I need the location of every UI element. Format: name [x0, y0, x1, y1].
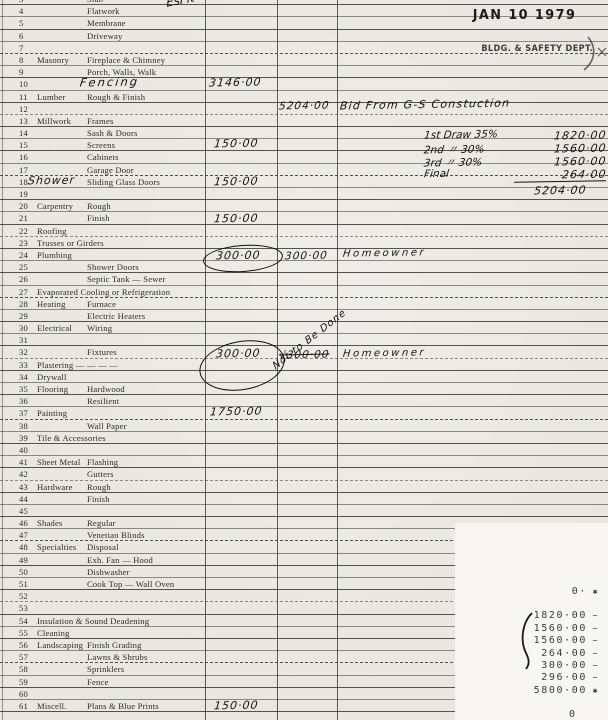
- row-category: Insulation & Sound Deadening: [37, 616, 149, 626]
- row-description: Sliding Glass Doors: [87, 177, 160, 187]
- row-description: Dishwasher: [87, 567, 130, 577]
- row-number: 45: [19, 506, 28, 516]
- table-row: 44 Finish: [0, 493, 608, 505]
- row-category: Landscaping: [37, 640, 83, 650]
- draw-amount: 1560·00: [553, 142, 607, 156]
- tape-operator-mark: −: [587, 649, 603, 658]
- amount-column-rule-3: [337, 0, 338, 720]
- row-category: Heating: [37, 299, 66, 309]
- row-number: 61: [19, 701, 28, 711]
- table-row: 20 Carpentry Rough: [0, 200, 608, 212]
- tape-line: 264·00 −: [455, 647, 605, 659]
- row-description: Frames: [87, 116, 114, 126]
- table-row: 45: [0, 505, 608, 517]
- row-number: 14: [19, 128, 28, 138]
- row-description: Hardwood: [87, 384, 125, 394]
- row-category: Roofing: [37, 226, 67, 236]
- tape-operator-mark: −: [587, 611, 603, 620]
- table-row: 8 Masonry Fireplace & Chimney: [0, 54, 608, 66]
- row-number: 47: [19, 530, 28, 540]
- row-description: Fixtures: [87, 347, 117, 357]
- tape-line: 1560·00 −: [455, 622, 605, 634]
- row-number: 30: [19, 323, 28, 333]
- row-number: 29: [19, 311, 28, 321]
- row-description: Sash & Doors: [87, 128, 138, 138]
- tape-line: 5800·00 ✱: [455, 684, 605, 696]
- row-number: 57: [19, 652, 28, 662]
- fencing-amount: 3146·00: [208, 76, 262, 90]
- row-number: 5: [19, 18, 24, 28]
- row-number: 59: [19, 677, 28, 687]
- row-number: 22: [19, 226, 28, 236]
- fixtures-homeowner-note: Homeowner: [342, 347, 426, 359]
- row-category: Drywall: [37, 372, 67, 382]
- tape-line: [455, 597, 605, 609]
- handwritten-fencing-label: Fencing: [79, 74, 140, 89]
- draw-amount: 1820·00: [553, 129, 607, 143]
- row-number: 28: [19, 299, 28, 309]
- row-description: Flatwork: [87, 6, 120, 16]
- tape-value: 296·00: [455, 672, 587, 683]
- row-category: Shades: [37, 518, 63, 528]
- row-category: Plumbing: [37, 250, 72, 260]
- row-number: 17: [19, 165, 28, 175]
- row-number: 41: [19, 457, 28, 467]
- fixtures-amount: 300·00: [215, 347, 261, 361]
- row-description: Furnace: [87, 299, 116, 309]
- row-description: Rough & Finish: [87, 92, 145, 102]
- draw-schedule-line: 1st Draw 35% 1820·00: [424, 129, 606, 142]
- tape-value: 5800·00: [455, 685, 587, 696]
- row-number: 48: [19, 542, 28, 552]
- row-description: Slab: [87, 0, 103, 4]
- row-category: Flooring: [37, 384, 68, 394]
- row-description: Screens: [87, 140, 115, 150]
- painting-amount: 1750·00: [209, 405, 263, 419]
- row-number: 43: [19, 482, 28, 492]
- row-description: Venetian Blinds: [87, 530, 145, 540]
- table-row: 42 Gutters: [0, 468, 608, 480]
- row-description: Shower Doors: [87, 262, 139, 272]
- row-number: 3: [19, 0, 24, 4]
- row-number: 44: [19, 494, 28, 504]
- tape-value: 1560·00: [455, 635, 587, 646]
- table-row: 6 Driveway: [0, 30, 608, 42]
- table-row: 37 Painting: [0, 407, 608, 419]
- row-category: Miscell.: [37, 701, 67, 711]
- tape-value: 264·00: [455, 648, 587, 659]
- row-description: Finish: [87, 213, 110, 223]
- tape-operator-mark: −: [587, 636, 603, 645]
- tape-operator-mark: ✱: [587, 587, 603, 596]
- row-description: Resilient: [87, 396, 119, 406]
- row-category: Carpentry: [37, 201, 73, 211]
- row-number: 19: [19, 189, 28, 199]
- row-number: 52: [19, 591, 28, 601]
- row-description: Flashing: [87, 457, 118, 467]
- row-number: 12: [19, 104, 28, 114]
- left-margin-rule: [2, 0, 3, 720]
- draw-schedule-line: Final 264·00: [424, 168, 606, 181]
- row-number: 53: [19, 603, 28, 613]
- table-row: 35 Flooring Hardwood: [0, 383, 608, 395]
- row-number: 46: [19, 518, 28, 528]
- row-description: Membrane: [87, 18, 126, 28]
- row-number: 25: [19, 262, 28, 272]
- row-number: 35: [19, 384, 28, 394]
- row-number: 42: [19, 469, 28, 479]
- row-description: Regular: [87, 518, 116, 528]
- row-description: Finish Grading: [87, 640, 142, 650]
- table-row: 40: [0, 444, 608, 456]
- row-number: 26: [19, 274, 28, 284]
- table-row: 13 Millwork Frames: [0, 115, 608, 127]
- table-row: 36 Resilient: [0, 395, 608, 407]
- row-description: Disposal: [87, 542, 119, 552]
- tape-totals: 0· ✱ 1820·00 − 1560·00 − 1560·00 − 264·0…: [455, 585, 605, 697]
- handwritten-shower-label: Shower: [27, 174, 75, 188]
- row-number: 50: [19, 567, 28, 577]
- draw-schedule-line: 2nd 〃 30% 1560·00: [424, 142, 606, 155]
- table-row: 26 Septic Tank — Sewer: [0, 273, 608, 285]
- tape-operator-mark: −: [587, 673, 603, 682]
- row-number: 13: [19, 116, 28, 126]
- tape-line: 1820·00 −: [455, 610, 605, 622]
- date-stamp: JAN 10 1979: [473, 7, 577, 23]
- bid-amount: 5204·00: [278, 100, 330, 113]
- row-category: Sheet Metal: [37, 457, 81, 467]
- row-description: Fence: [87, 677, 109, 687]
- tape-line: 0· ✱: [455, 585, 605, 597]
- tape-value: 300·00: [455, 660, 587, 671]
- row-number: 10: [19, 79, 28, 89]
- tape-value: 0·: [455, 586, 587, 597]
- row-number: 34: [19, 372, 28, 382]
- row-description: Rough: [87, 201, 111, 211]
- plumbing-amount: 300·00: [215, 249, 261, 263]
- draw-label: 1st Draw 35%: [423, 128, 498, 142]
- row-description: Septic Tank — Sewer: [87, 274, 166, 284]
- row-number: 21: [19, 213, 28, 223]
- tape-operator-mark: −: [587, 661, 603, 670]
- draw-label: Final: [423, 168, 449, 181]
- row-category: Cleaning: [37, 628, 70, 638]
- row-description: Cook Top — Wall Oven: [87, 579, 174, 589]
- table-row: 39 Tile & Accessories: [0, 432, 608, 444]
- screens-amount: 150·00: [213, 137, 259, 151]
- row-number: 39: [19, 433, 28, 443]
- table-row: 38 Wall Paper: [0, 420, 608, 432]
- row-number: 16: [19, 152, 28, 162]
- row-description: Plans & Blue Prints: [87, 701, 159, 711]
- row-number: 55: [19, 628, 28, 638]
- tape-partial-digit: 0: [569, 709, 575, 720]
- table-row: 34 Drywall: [0, 371, 608, 383]
- tape-line: 300·00 −: [455, 659, 605, 671]
- tape-value: 1560·00: [455, 623, 587, 634]
- row-category: Trusses or Girders: [37, 238, 104, 248]
- row-category: Millwork: [37, 116, 71, 126]
- row-category: Lumber: [37, 92, 65, 102]
- row-number: 27: [19, 287, 28, 297]
- table-row: 27 Evaporated Cooling or Refrigeration: [0, 286, 608, 298]
- table-row: 41 Sheet Metal Flashing: [0, 456, 608, 468]
- row-category: Evaporated Cooling or Refrigeration: [37, 287, 170, 297]
- table-row: 22 Roofing: [0, 225, 608, 237]
- row-number: 33: [19, 360, 28, 370]
- table-row: 43 Hardware Rough: [0, 481, 608, 493]
- row-category: Tile & Accessories: [37, 433, 106, 443]
- table-row: 19: [0, 188, 608, 200]
- row-category: Masonry: [37, 55, 69, 65]
- row-number: 8: [19, 55, 24, 65]
- row-number: 7: [19, 43, 24, 53]
- row-number: 31: [19, 335, 28, 345]
- row-number: 51: [19, 579, 28, 589]
- row-number: 32: [19, 347, 28, 357]
- row-number: 4: [19, 6, 24, 16]
- sliding-doors-amount: 150·00: [213, 175, 259, 189]
- row-description: Wiring: [87, 323, 112, 333]
- row-number: 20: [19, 201, 28, 211]
- row-number: 9: [19, 67, 24, 77]
- row-number: 24: [19, 250, 28, 260]
- draw-label: 3rd 〃 30%: [423, 154, 483, 168]
- tape-line: 1560·00 −: [455, 635, 605, 647]
- tape-operator-mark: ✱: [587, 686, 603, 695]
- table-row: 23 Trusses or Girders: [0, 237, 608, 249]
- row-number: 40: [19, 445, 28, 455]
- row-category: Plastering — — — —: [37, 360, 118, 370]
- row-description: Finish: [87, 494, 110, 504]
- row-description: Cabinets: [87, 152, 119, 162]
- carpentry-finish-amount: 150·00: [213, 212, 259, 226]
- draw-amount: 1560·00: [553, 155, 607, 169]
- tape-operator-mark: −: [587, 624, 603, 633]
- row-description: Gutters: [87, 469, 114, 479]
- row-category: Electrical: [37, 323, 72, 333]
- row-category: Painting: [37, 408, 67, 418]
- row-description: Exh. Fan — Hood: [87, 555, 153, 565]
- row-number: 37: [19, 408, 28, 418]
- row-number: 36: [19, 396, 28, 406]
- row-number: 23: [19, 238, 28, 248]
- draw-schedule-line: 3rd 〃 30% 1560·00: [424, 155, 606, 168]
- tape-line: 296·00 −: [455, 672, 605, 684]
- table-row: 30 Electrical Wiring: [0, 322, 608, 334]
- row-description: Wall Paper: [87, 421, 127, 431]
- handwritten-check-mark: [558, 34, 608, 82]
- row-number: 60: [19, 689, 28, 699]
- tape-value: 1820·00: [455, 610, 587, 621]
- draw-total-amount: 5204·00: [533, 184, 587, 198]
- row-number: 56: [19, 640, 28, 650]
- draw-label: 2nd 〃 30%: [423, 141, 485, 155]
- row-description: Driveway: [87, 31, 122, 41]
- row-category: Specialties: [37, 542, 76, 552]
- plumbing-amount-2: 300·00: [284, 250, 328, 263]
- row-number: 49: [19, 555, 28, 565]
- row-description: Garage Door: [87, 165, 134, 175]
- row-number: 54: [19, 616, 28, 626]
- row-category: Hardware: [37, 482, 72, 492]
- row-description: Electric Heaters: [87, 311, 145, 321]
- row-number: 11: [19, 92, 28, 102]
- table-row: 29 Electric Heaters: [0, 310, 608, 322]
- row-number: 15: [19, 140, 28, 150]
- row-description: Lawns & Shrubs: [87, 652, 148, 662]
- row-number: 38: [19, 421, 28, 431]
- plumbing-homeowner-note: Homeowner: [342, 247, 426, 259]
- row-number: 6: [19, 31, 24, 41]
- table-row: 25 Shower Doors: [0, 261, 608, 273]
- plans-amount: 150·00: [213, 699, 259, 713]
- row-description: Rough: [87, 482, 111, 492]
- scanned-cost-breakdown-form: 3 Slab 4 Flatwork 5 Membrane 6 Driveway …: [0, 0, 608, 720]
- adding-machine-tape: 0· ✱ 1820·00 − 1560·00 − 1560·00 − 264·0…: [455, 523, 608, 720]
- row-number: 58: [19, 664, 28, 674]
- table-row: 21 Finish: [0, 212, 608, 224]
- row-description: Sprinklers: [87, 664, 124, 674]
- row-description: Fireplace & Chimney: [87, 55, 165, 65]
- draw-schedule: 1st Draw 35% 1820·00 2nd 〃 30% 1560·00 3…: [424, 129, 606, 181]
- table-row: 28 Heating Furnace: [0, 298, 608, 310]
